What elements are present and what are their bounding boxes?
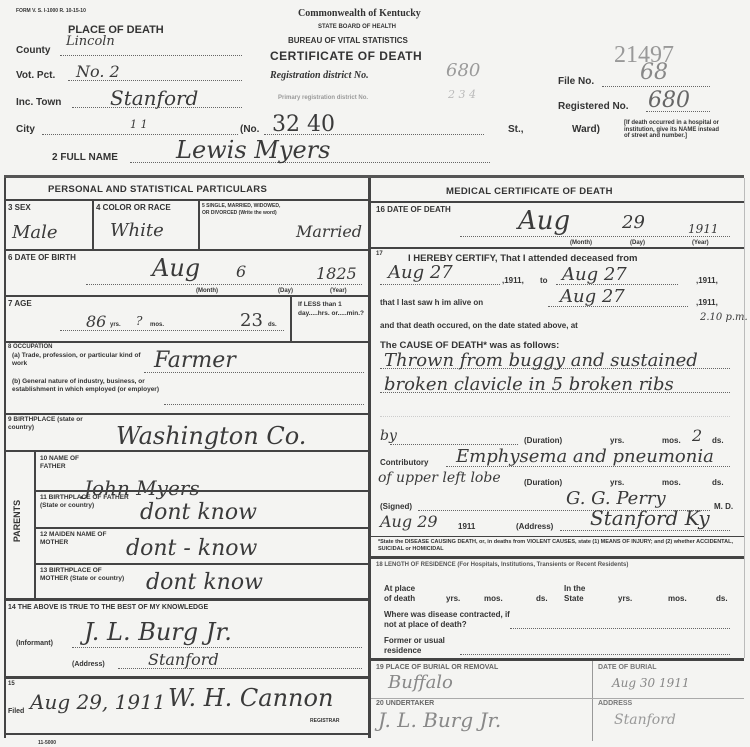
death-occured-label: and that death occured, on the date stat… (380, 321, 578, 330)
rule (371, 556, 744, 559)
address-line (560, 530, 730, 531)
rule (371, 698, 744, 699)
cause-footnote: *State the DISEASE CAUSING DEATH, or, in… (378, 539, 740, 553)
year-caption: (Year) (330, 288, 347, 295)
in-state-yrs: yrs. (618, 594, 632, 603)
yrs-label-2: yrs. (610, 478, 624, 487)
burial-date-value: Aug 30 1911 (612, 676, 690, 690)
registered-no-label: Registered No. (558, 101, 629, 112)
color-race-label: 4 COLOR OR RACE (96, 203, 171, 212)
undertaker-address-label: ADDRESS (598, 700, 632, 707)
personal-section-title: PERSONAL AND STATISTICAL PARTICULARS (48, 184, 267, 195)
occupation-a-value: Farmer (154, 348, 236, 373)
undertaker-label: 20 UNDERTAKER (376, 700, 434, 707)
where-contracted-line (510, 628, 730, 629)
occupation-b-line (164, 404, 364, 405)
age-years: 86 (86, 312, 106, 331)
death-month-caption: (Month) (570, 240, 592, 247)
rule (4, 341, 368, 343)
month-caption: (Month) (196, 288, 218, 295)
birthplace-label: 9 BIRTHPLACE (state or country) (8, 416, 98, 431)
death-day: 29 (622, 212, 645, 233)
sex-value: Male (12, 222, 58, 243)
filed-label: Filed (8, 708, 24, 715)
form-number: FORM V. S. I-1000 R. 10-15-10 (16, 8, 86, 15)
duration-label: (Duration) (524, 436, 562, 445)
center-divider (368, 178, 371, 738)
county-line (60, 55, 242, 56)
attended-from: Aug 27 (388, 262, 453, 283)
rule (36, 527, 368, 529)
contributory-line1: Emphysema and pneumonia (456, 446, 714, 467)
rule (592, 661, 593, 741)
rule (4, 249, 368, 251)
to-label: to (540, 276, 548, 285)
primary-registration-value: 2 3 4 (448, 88, 476, 101)
former-residence-label: Former or usual residence (384, 636, 464, 656)
contributory-line2: of upper left lobe (378, 470, 501, 486)
ds-label: ds. (712, 436, 724, 445)
cause-line1: Thrown from buggy and sustained (384, 350, 698, 371)
registrar-signature: W. H. Cannon (168, 684, 333, 712)
ds-label-2: ds. (712, 478, 724, 487)
board-of-health: STATE BOARD OF HEALTH (318, 24, 396, 30)
age-days: 23 (240, 310, 263, 331)
cause-line-3 (380, 416, 730, 417)
signed-label: (Signed) (380, 502, 412, 511)
header-divider (4, 175, 744, 178)
file-no-value: 68 (640, 60, 668, 85)
age-months: ? (136, 314, 142, 328)
marital-status-value: Married (296, 222, 362, 241)
registered-no-value: 680 (648, 88, 690, 113)
mother-birthplace-label: 13 BIRTHPLACE OF MOTHER (State or countr… (40, 567, 130, 582)
attended-from-line (380, 284, 500, 285)
inc-town-value: Stanford (110, 86, 198, 110)
death-year-caption: (Year) (692, 240, 709, 247)
in-state-mos: mos. (668, 594, 687, 603)
informant-value: J. L. Burg Jr. (84, 618, 232, 646)
in-state-label: In the State (564, 584, 604, 604)
father-birthplace-value: dont know (140, 500, 257, 525)
medical-section-title: MEDICAL CERTIFICATE OF DEATH (446, 186, 613, 197)
county-value: Lincoln (66, 34, 115, 49)
street-number-label: (No. (240, 124, 259, 135)
informant-label: (Informant) (16, 640, 53, 647)
rule (36, 563, 368, 565)
rule (371, 247, 744, 249)
signed-year: 1911 (458, 522, 475, 531)
father-birthplace-label: 11 BIRTHPLACE OF FATHER (State or countr… (40, 494, 130, 509)
vot-pct-value: No. 2 (76, 62, 120, 81)
occupation-a-label: (a) Trade, profession, or particular kin… (12, 352, 142, 368)
dob-day: 6 (236, 262, 246, 281)
contributory-label: Contributory (380, 458, 428, 467)
rule (92, 201, 94, 249)
hospital-note: [If death occurred in a hospital or inst… (624, 120, 724, 140)
death-day-caption: (Day) (630, 240, 645, 247)
burial-place-value: Buffalo (388, 672, 453, 693)
occupation-b-label: (b) General nature of industry, business… (12, 378, 162, 394)
rule (371, 658, 744, 661)
attended-to-year: ,1911, (696, 276, 718, 285)
last-saw-label: that I last saw h im alive on (380, 298, 483, 307)
inc-town-label: Inc. Town (16, 97, 61, 108)
certificate-title: CERTIFICATE OF DEATH (270, 49, 422, 63)
last-saw-year: ,1911, (696, 298, 718, 307)
cause-line3: by (380, 428, 397, 444)
dob-year: 1825 (316, 264, 357, 283)
parents-side-label: PARENTS (12, 496, 22, 546)
filed-date: Aug 29, 1911 (30, 690, 166, 714)
undertaker-address-value: Stanford (614, 712, 676, 728)
cause-line2: broken clavicle in 5 broken ribs (384, 374, 674, 395)
ds-caption: ds. (268, 322, 277, 329)
informant-address-label: (Address) (72, 661, 105, 668)
undertaker-value: J. L. Burg Jr. (378, 708, 501, 732)
city-value: 1 1 (130, 118, 148, 131)
registration-district-value: 680 (446, 60, 480, 81)
full-name-label: 2 FULL NAME (52, 152, 118, 163)
rule (371, 536, 744, 537)
signed-date: Aug 29 (380, 512, 438, 531)
color-race-value: White (110, 220, 164, 241)
address-value: Stanford Ky (590, 506, 710, 530)
rule (4, 450, 368, 452)
death-certificate: FORM V. S. I-1000 R. 10-15-10 PLACE OF D… (0, 0, 750, 747)
dob-line (86, 284, 362, 285)
informant-line (72, 647, 362, 648)
file-no-line (602, 86, 710, 87)
right-border (744, 178, 745, 658)
certify-number: 17 (376, 251, 383, 258)
less-than-day-label: If LESS than 1 day.....hrs. or.....min.? (298, 300, 364, 318)
county-label: County (16, 45, 50, 56)
at-place-ds: ds. (536, 594, 548, 603)
registration-district-label: Registration district No. (270, 70, 369, 81)
mother-maiden-label: 12 MAIDEN NAME OF MOTHER (40, 531, 130, 546)
bureau-title: BUREAU OF VITAL STATISTICS (288, 36, 408, 45)
mos-caption: mos. (150, 322, 164, 329)
duration-label-2: (Duration) (524, 478, 562, 487)
where-contracted-label: Where was disease contracted, if not at … (384, 610, 524, 630)
dob-month: Aug (152, 254, 200, 282)
yrs-label: yrs. (610, 436, 624, 445)
ward-label: Ward) (572, 124, 600, 135)
street-label: St., (508, 124, 524, 135)
attended-to: Aug 27 (562, 264, 627, 285)
commonwealth-title: Commonwealth of Kentucky (298, 8, 421, 19)
primary-registration-label: Primary registration district No. (278, 95, 368, 101)
file-no-label: File No. (558, 76, 594, 87)
rule (371, 201, 744, 203)
dob-label: 6 DATE OF BIRTH (8, 253, 76, 262)
filed-number: 15 (8, 681, 15, 688)
death-year: 1911 (688, 222, 719, 236)
rule (290, 297, 292, 341)
sex-label: 3 SEX (8, 203, 31, 212)
last-saw-value: Aug 27 (560, 286, 625, 307)
at-place-mos: mos. (484, 594, 503, 603)
age-label: 7 AGE (8, 299, 32, 308)
yrs-caption: yrs. (110, 322, 121, 329)
knowledge-statement: 14 THE ABOVE IS TRUE TO THE BEST OF MY K… (8, 604, 208, 611)
rule (4, 413, 368, 415)
street-number-value: 32 40 (272, 112, 335, 137)
occupation-label: 8 OCCUPATION (8, 344, 52, 351)
father-name-label: 10 NAME OF FATHER (40, 455, 100, 470)
address-label: (Address) (516, 522, 553, 531)
informant-address-value: Stanford (148, 650, 219, 669)
rule (4, 199, 368, 201)
in-state-ds: ds. (716, 594, 728, 603)
contributory-line (446, 466, 730, 467)
former-residence-line (460, 654, 730, 655)
attended-from-year: ,1911, (502, 276, 524, 285)
rule (4, 598, 368, 601)
registrar-label: REGISTRAR (310, 718, 339, 724)
city-label: City (16, 124, 35, 135)
at-place-yrs: yrs. (446, 594, 460, 603)
mother-maiden-value: dont - know (126, 536, 257, 561)
burial-place-label: 19 PLACE OF BURIAL OR REMOVAL (376, 664, 498, 671)
city-line (42, 134, 238, 135)
rule (36, 490, 368, 492)
mos-label-2: mos. (662, 478, 681, 487)
rule (4, 295, 368, 297)
date-of-death-label: 16 DATE OF DEATH (376, 205, 451, 214)
duration-line-1 (390, 444, 518, 445)
burial-date-label: DATE OF BURIAL (598, 664, 657, 671)
death-time: 2.10 p.m. (700, 312, 748, 323)
parents-divider (34, 452, 36, 598)
rule (4, 676, 368, 679)
residence-label: 18 LENGTH OF RESIDENCE (For Hospitals, I… (376, 562, 738, 570)
vot-pct-label: Vot. Pct. (16, 70, 55, 81)
md-label: M. D. (714, 502, 733, 511)
mother-birthplace-value: dont know (146, 570, 263, 595)
death-month: Aug (518, 206, 570, 236)
full-name-value: Lewis Myers (176, 136, 330, 164)
form-footer: 11-5000 (38, 740, 56, 746)
mos-label: mos. (662, 436, 681, 445)
date-of-death-line (460, 236, 730, 237)
birthplace-value: Washington Co. (116, 422, 306, 450)
day-caption: (Day) (278, 288, 293, 295)
rule (198, 201, 200, 249)
at-place-label: At place of death (384, 584, 424, 604)
rule (4, 733, 368, 735)
marital-status-label: 5 SINGLE, MARRIED, WIDOWED, OR DIVORCED … (202, 203, 282, 216)
left-border (4, 178, 6, 738)
duration-days: 2 (692, 426, 702, 445)
